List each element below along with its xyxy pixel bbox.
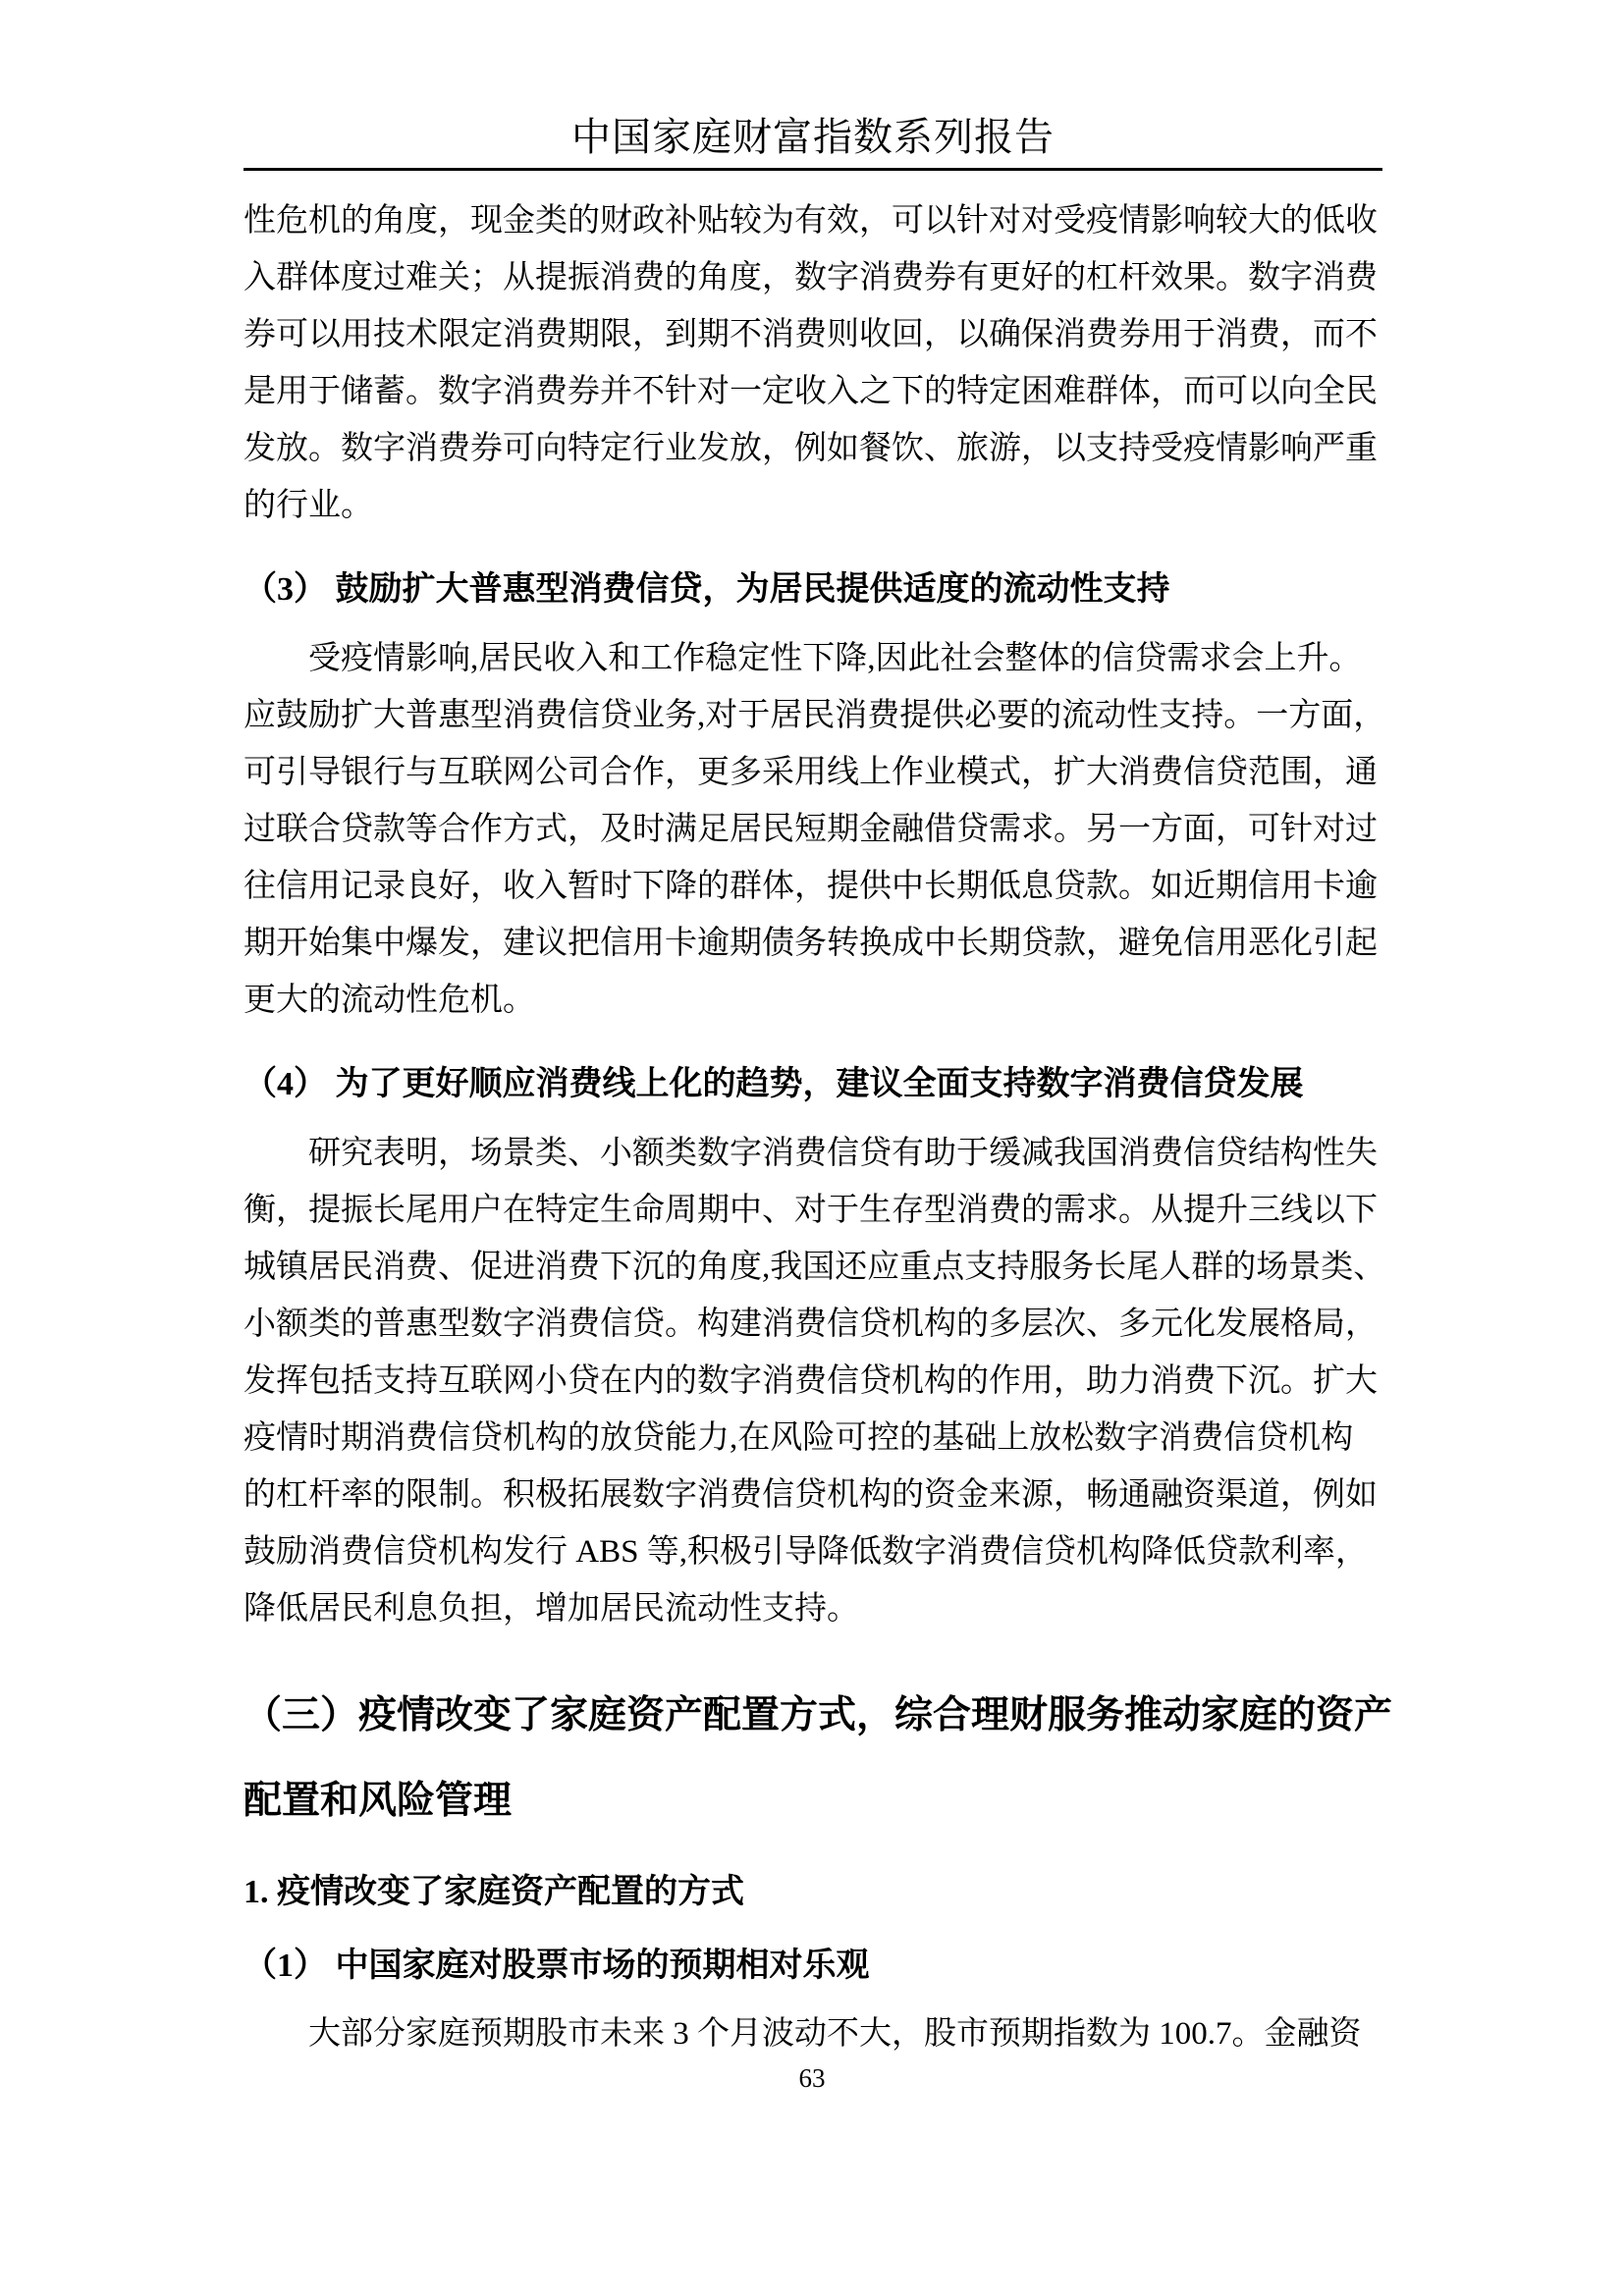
text-line: 入群体度过难关；从提振消费的角度，数字消费券有更好的杠杆效果。数字消费 (244, 249, 1382, 306)
text-line: 城镇居民消费、促进消费下沉的角度,我国还应重点支持服务长尾人群的场景类、 (244, 1239, 1382, 1296)
text-line: 是用于储蓄。数字消费券并不针对一定收入之下的特定困难群体，而可以向全民 (244, 363, 1382, 420)
text-line: 鼓励消费信贷机构发行 ABS 等,积极引导降低数字消费信贷机构降低贷款利率， (244, 1523, 1382, 1580)
document-body: 性危机的角度，现金类的财政补贴较为有效，可以针对对受疫情影响较大的低收入群体度过… (244, 171, 1382, 2062)
text-line: 期开始集中爆发，建议把信用卡逾期债务转换成中长期贷款，避免信用恶化引起 (244, 915, 1382, 972)
text-line: 小额类的普惠型数字消费信贷。构建消费信贷机构的多层次、多元化发展格局， (244, 1296, 1382, 1353)
report-title: 中国家庭财富指数系列报告 (244, 116, 1382, 159)
chapter-heading-line-1: （三）疫情改变了家庭资产配置方式，综合理财服务推动家庭的资产 (244, 1673, 1382, 1758)
text-line: 大部分家庭预期股市未来 3 个月波动不大，股市预期指数为 100.7。金融资 (244, 2005, 1382, 2062)
text-line: 疫情时期消费信贷机构的放贷能力,在风险可控的基础上放松数字消费信贷机构 (244, 1410, 1382, 1467)
subsection-heading-1-1: （1） 中国家庭对股票市场的预期相对乐观 (244, 1938, 1382, 1995)
subsection-heading-1: 1. 疫情改变了家庭资产配置的方式 (244, 1864, 1382, 1921)
text-line: 更大的流动性危机。 (244, 972, 1382, 1029)
text-line: 性危机的角度，现金类的财政补贴较为有效，可以针对对受疫情影响较大的低收 (244, 192, 1382, 249)
text-line: 的行业。 (244, 477, 1382, 534)
text-line: 可引导银行与互联网公司合作，更多采用线上作业模式，扩大消费信贷范围，通 (244, 744, 1382, 801)
text-line: 衡，提振长尾用户在特定生命周期中、对于生存型消费的需求。从提升三线以下 (244, 1182, 1382, 1239)
text-line: 发放。数字消费券可向特定行业发放，例如餐饮、旅游，以支持受疫情影响严重 (244, 420, 1382, 477)
chapter-heading-line-2: 配置和风险管理 (244, 1758, 1382, 1843)
text-line: 过联合贷款等合作方式，及时满足居民短期金融借贷需求。另一方面，可针对过 (244, 801, 1382, 858)
text-line: 券可以用技术限定消费期限，到期不消费则收回，以确保消费券用于消费，而不 (244, 306, 1382, 363)
text-line: 受疫情影响,居民收入和工作稳定性下降,因此社会整体的信贷需求会上升。 (244, 630, 1382, 687)
text-line: 的杠杆率的限制。积极拓展数字消费信贷机构的资金来源，畅通融资渠道，例如 (244, 1467, 1382, 1523)
section-heading-4: （4） 为了更好顺应消费线上化的趋势，建议全面支持数字消费信贷发展 (244, 1056, 1382, 1113)
text-line: 降低居民利息负担，增加居民流动性支持。 (244, 1580, 1382, 1637)
text-line: 发挥包括支持互联网小贷在内的数字消费信贷机构的作用，助力消费下沉。扩大 (244, 1353, 1382, 1410)
section-heading-3: （3） 鼓励扩大普惠型消费信贷，为居民提供适度的流动性支持 (244, 561, 1382, 618)
page-header: 中国家庭财富指数系列报告 (244, 0, 1382, 171)
text-line: 应鼓励扩大普惠型消费信贷业务,对于居民消费提供必要的流动性支持。一方面， (244, 687, 1382, 744)
report-page: 中国家庭财富指数系列报告 性危机的角度，现金类的财政补贴较为有效，可以针对对受疫… (0, 0, 1624, 2296)
text-line: 往信用记录良好，收入暂时下降的群体，提供中长期低息贷款。如近期信用卡逾 (244, 858, 1382, 915)
page-number: 63 (0, 2061, 1624, 2095)
text-line: 研究表明，场景类、小额类数字消费信贷有助于缓减我国消费信贷结构性失 (244, 1125, 1382, 1182)
